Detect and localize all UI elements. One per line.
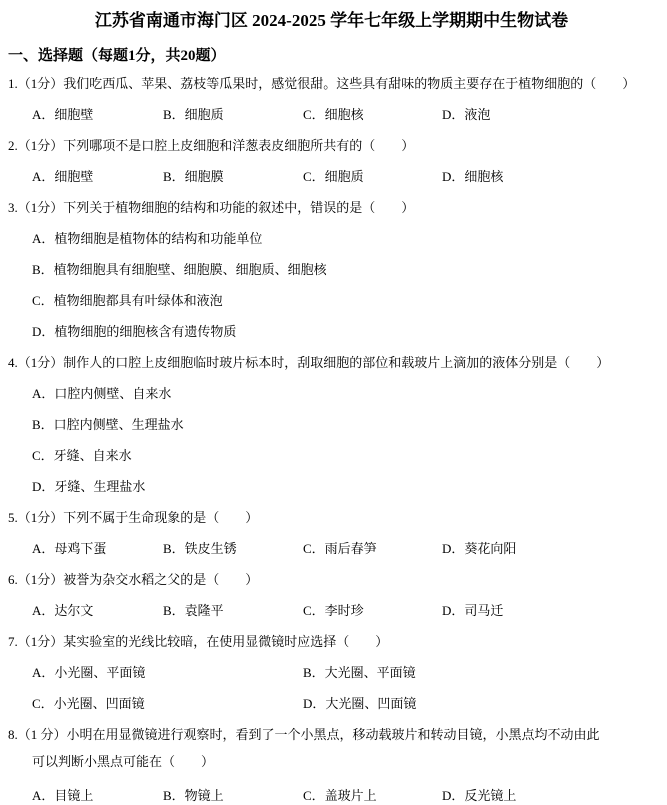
option-text: 目镜上 [54,788,93,803]
option-c: C．牙缝、自来水 [8,446,655,465]
option-text: 小光圈、凹面镜 [54,696,145,711]
question-stem-text: 下列关于植物细胞的结构和功能的叙述中，错误的是（ ） [63,200,414,215]
option-a: A．达尔文 [32,601,163,620]
option-label: C． [32,448,54,463]
option-text: 细胞壁 [54,107,93,122]
options-row: A．细胞壁 B．细胞膜 C．细胞质 D．细胞核 [8,167,655,186]
option-label: A． [32,665,54,680]
option-label: C． [303,788,325,803]
question-stem-text: 被誉为杂交水稻之父的是（ ） [63,572,258,587]
option-text: 细胞核 [325,107,364,122]
question-stem: 4.（1分）制作人的口腔上皮细胞临时玻片标本时，刮取细胞的部位和载玻片上滴加的液… [8,353,655,372]
question-points: （1分） [18,355,64,370]
option-d: D．液泡 [442,105,655,124]
option-label: D． [442,788,464,803]
option-text: 铁皮生锈 [185,541,237,556]
option-text: 大光圈、凹面镜 [325,696,416,711]
question-stem: 3.（1分）下列关于植物细胞的结构和功能的叙述中，错误的是（ ） [8,198,655,217]
question-3: 3.（1分）下列关于植物细胞的结构和功能的叙述中，错误的是（ ） A．植物细胞是… [8,198,655,341]
question-2: 2.（1分）下列哪项不是口腔上皮细胞和洋葱表皮细胞所共有的（ ） A．细胞壁 B… [8,136,655,186]
question-8: 8.（1 分）小明在用显微镜进行观察时，看到了一个小黑点，移动载玻片和转动目镜，… [8,725,655,805]
option-label: D． [442,541,464,556]
option-label: D． [303,696,325,711]
options-row: A．达尔文 B．袁隆平 C．李时珍 D．司马迁 [8,601,655,620]
option-a: A．细胞壁 [32,167,163,186]
option-c: C．李时珍 [303,601,442,620]
options-row: A．细胞壁 B．细胞质 C．细胞核 D．液泡 [8,105,655,124]
option-c: C．小光圈、凹面镜 [32,694,303,713]
option-text: 葵花向阳 [464,541,516,556]
option-text: 雨后春笋 [325,541,377,556]
option-b: B．大光圈、平面镜 [303,663,655,682]
question-7: 7.（1分）某实验室的光线比较暗，在使用显微镜时应选择（ ） A．小光圈、平面镜… [8,632,655,713]
option-text: 植物细胞的细胞核含有遗传物质 [54,324,236,339]
option-d: D．反光镜上 [442,786,655,805]
option-b: B．口腔内侧壁、生理盐水 [8,415,655,434]
option-text: 物镜上 [185,788,224,803]
option-d: D．葵花向阳 [442,539,655,558]
option-text: 盖玻片上 [325,788,377,803]
exam-paper-page: 江苏省南通市海门区 2024-2025 学年七年级上学期期中生物试卷 一、选择题… [0,0,667,805]
option-c: C．盖玻片上 [303,786,442,805]
option-label: A． [32,231,54,246]
option-label: D． [442,107,464,122]
option-label: C． [303,107,325,122]
option-text: 母鸡下蛋 [54,541,106,556]
option-b: B．植物细胞具有细胞壁、细胞膜、细胞质、细胞核 [8,260,655,279]
option-text: 细胞膜 [185,169,224,184]
option-text: 植物细胞都具有叶绿体和液泡 [54,293,223,308]
option-text: 口腔内侧壁、生理盐水 [54,417,184,432]
option-a: A．目镜上 [32,786,163,805]
option-c: C．细胞核 [303,105,442,124]
option-label: D． [442,169,464,184]
option-text: 大光圈、平面镜 [325,665,416,680]
question-number: 2. [8,138,18,153]
option-label: B． [32,262,54,277]
option-label: C． [303,541,325,556]
option-label: C． [32,293,54,308]
question-number: 7. [8,634,18,649]
option-a: A．口腔内侧壁、自来水 [8,384,655,403]
question-number: 4. [8,355,18,370]
option-label: D． [442,603,464,618]
question-stem: 6.（1分）被誉为杂交水稻之父的是（ ） [8,570,655,589]
option-label: C． [303,169,325,184]
question-points: （1分） [18,138,64,153]
option-a: A．细胞壁 [32,105,163,124]
option-label: C． [303,603,325,618]
question-stem-continuation: 可以判断小黑点可能在（ ） [8,752,655,771]
question-stem: 5.（1分）下列不属于生命现象的是（ ） [8,508,655,527]
question-points: （1 分） [18,727,67,742]
option-text: 口腔内侧壁、自来水 [54,386,171,401]
question-stem-text: 下列不属于生命现象的是（ ） [63,510,258,525]
option-a: A．植物细胞是植物体的结构和功能单位 [8,229,655,248]
option-text: 液泡 [464,107,490,122]
option-b: B．袁隆平 [163,601,303,620]
option-label: A． [32,541,54,556]
options-grid: A．小光圈、平面镜 B．大光圈、平面镜 C．小光圈、凹面镜 D．大光圈、凹面镜 [8,663,655,713]
question-stem-text: 下列哪项不是口腔上皮细胞和洋葱表皮细胞所共有的（ ） [63,138,414,153]
question-points: （1分） [18,634,64,649]
question-5: 5.（1分）下列不属于生命现象的是（ ） A．母鸡下蛋 B．铁皮生锈 C．雨后春… [8,508,655,558]
question-points: （1分） [18,510,64,525]
option-label: D． [32,324,54,339]
question-number: 1. [8,76,18,91]
option-text: 植物细胞是植物体的结构和功能单位 [54,231,262,246]
option-text: 细胞壁 [54,169,93,184]
doc-title: 江苏省南通市海门区 2024-2025 学年七年级上学期期中生物试卷 [8,8,655,34]
option-label: A． [32,386,54,401]
option-text: 反光镜上 [464,788,516,803]
option-label: B． [303,665,325,680]
options-row: A．母鸡下蛋 B．铁皮生锈 C．雨后春笋 D．葵花向阳 [8,539,655,558]
question-number: 5. [8,510,18,525]
question-number: 6. [8,572,18,587]
option-c: C．细胞质 [303,167,442,186]
option-d: D．植物细胞的细胞核含有遗传物质 [8,322,655,341]
option-text: 小光圈、平面镜 [54,665,145,680]
option-text: 司马迁 [464,603,503,618]
option-text: 牙缝、自来水 [54,448,132,463]
option-text: 牙缝、生理盐水 [54,479,145,494]
question-stem-text: 制作人的口腔上皮细胞临时玻片标本时，刮取细胞的部位和载玻片上滴加的液体分别是（ … [63,355,609,370]
option-text: 达尔文 [54,603,93,618]
option-label: A． [32,788,54,803]
option-label: B． [163,788,185,803]
question-points: （1分） [18,200,64,215]
option-b: B．细胞质 [163,105,303,124]
option-label: B． [163,169,185,184]
option-b: B．铁皮生锈 [163,539,303,558]
option-text: 李时珍 [325,603,364,618]
option-label: C． [32,696,54,711]
question-6: 6.（1分）被誉为杂交水稻之父的是（ ） A．达尔文 B．袁隆平 C．李时珍 D… [8,570,655,620]
question-points: （1分） [18,76,64,91]
option-label: B． [163,603,185,618]
option-label: A． [32,169,54,184]
option-label: D． [32,479,54,494]
option-text: 袁隆平 [185,603,224,618]
options-row: A．目镜上 B．物镜上 C．盖玻片上 D．反光镜上 [8,786,655,805]
option-text: 细胞质 [185,107,224,122]
option-label: B． [32,417,54,432]
question-points: （1分） [18,572,64,587]
question-number: 8. [8,727,18,742]
question-stem-text: 我们吃西瓜、苹果、荔枝等瓜果时，感觉很甜。这些具有甜味的物质主要存在于植物细胞的… [63,76,635,91]
question-number: 3. [8,200,18,215]
question-stem: 8.（1 分）小明在用显微镜进行观察时，看到了一个小黑点，移动载玻片和转动目镜，… [8,725,655,744]
option-d: D．牙缝、生理盐水 [8,477,655,496]
option-b: B．细胞膜 [163,167,303,186]
question-4: 4.（1分）制作人的口腔上皮细胞临时玻片标本时，刮取细胞的部位和载玻片上滴加的液… [8,353,655,496]
option-label: A． [32,107,54,122]
option-text: 植物细胞具有细胞壁、细胞膜、细胞质、细胞核 [54,262,327,277]
option-text: 细胞核 [464,169,503,184]
question-1: 1.（1分）我们吃西瓜、苹果、荔枝等瓜果时，感觉很甜。这些具有甜味的物质主要存在… [8,74,655,124]
question-stem-text: 小明在用显微镜进行观察时，看到了一个小黑点，移动载玻片和转动目镜，小黑点均不动由… [67,727,600,742]
option-a: A．母鸡下蛋 [32,539,163,558]
option-d: D．司马迁 [442,601,655,620]
option-b: B．物镜上 [163,786,303,805]
option-d: D．大光圈、凹面镜 [303,694,655,713]
option-c: C．植物细胞都具有叶绿体和液泡 [8,291,655,310]
option-text: 细胞质 [325,169,364,184]
option-label: A． [32,603,54,618]
option-c: C．雨后春笋 [303,539,442,558]
option-label: B． [163,541,185,556]
question-stem: 7.（1分）某实验室的光线比较暗，在使用显微镜时应选择（ ） [8,632,655,651]
question-stem: 1.（1分）我们吃西瓜、苹果、荔枝等瓜果时，感觉很甜。这些具有甜味的物质主要存在… [8,74,655,93]
option-a: A．小光圈、平面镜 [32,663,303,682]
option-d: D．细胞核 [442,167,655,186]
section-heading: 一、选择题（每题1分，共20题） [8,46,655,66]
question-stem-text: 某实验室的光线比较暗，在使用显微镜时应选择（ ） [63,634,388,649]
option-label: B． [163,107,185,122]
question-stem: 2.（1分）下列哪项不是口腔上皮细胞和洋葱表皮细胞所共有的（ ） [8,136,655,155]
